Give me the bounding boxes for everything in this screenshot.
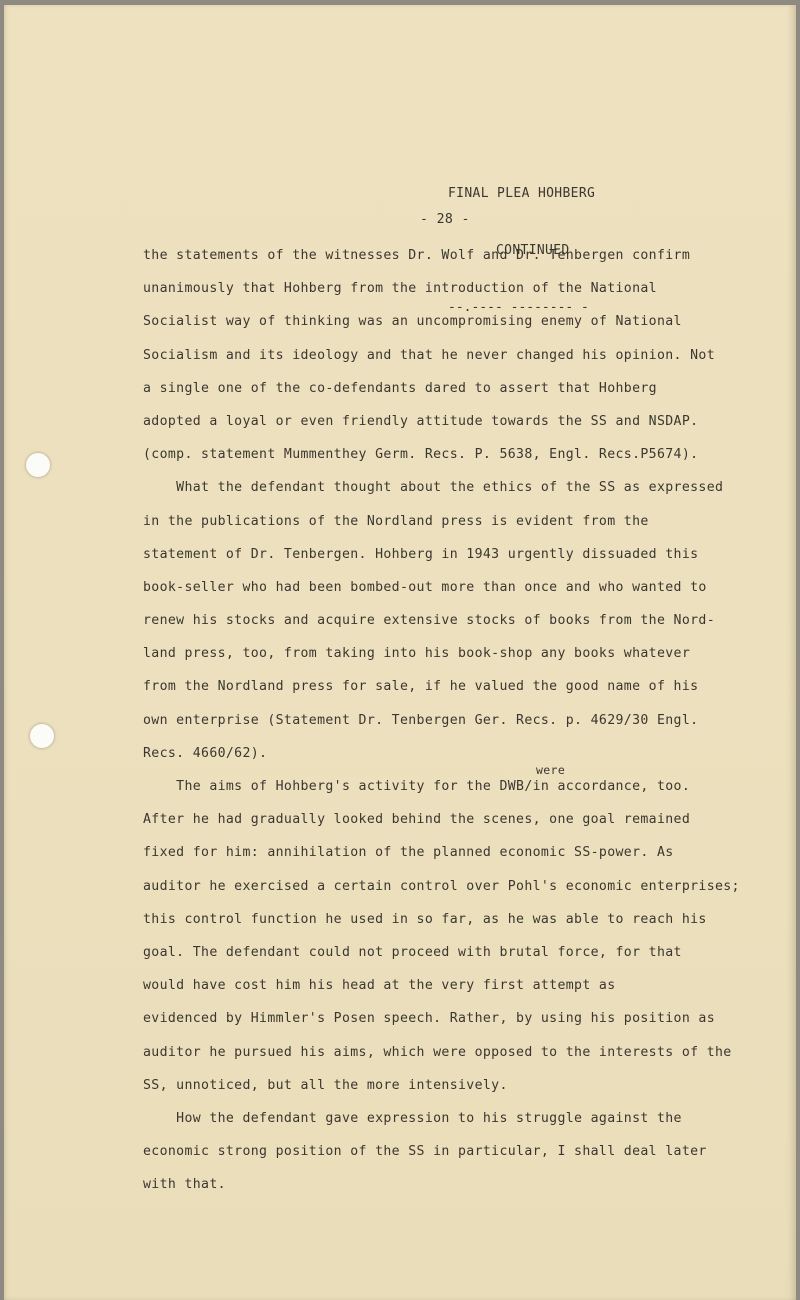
text-line: fixed for him: annihilation of the plann…: [143, 841, 740, 874]
text-line: in the publications of the Nordland pres…: [143, 510, 740, 543]
text-line: Socialist way of thinking was an uncompr…: [143, 310, 740, 343]
page-number: - 28 -: [420, 212, 470, 227]
punch-hole-bottom: [30, 724, 54, 748]
text-line: evidenced by Himmler's Posen speech. Rat…: [143, 1007, 740, 1040]
text-line: own enterprise (Statement Dr. Tenbergen …: [143, 709, 740, 742]
text-line: a single one of the co-defendants dared …: [143, 377, 740, 410]
text-line: book-seller who had been bombed-out more…: [143, 576, 740, 609]
text-line: this control function he used in so far,…: [143, 908, 740, 941]
text-line: What the defendant thought about the eth…: [143, 476, 740, 509]
text-line: After he had gradually looked behind the…: [143, 808, 740, 841]
punch-hole-top: [26, 453, 50, 477]
text-line: the statements of the witnesses Dr. Wolf…: [143, 244, 740, 277]
text-line: Socialism and its ideology and that he n…: [143, 344, 740, 377]
header-title: FINAL PLEA HOHBERG: [448, 184, 595, 203]
text-line: SS, unnoticed, but all the more intensiv…: [143, 1074, 740, 1107]
text-line: auditor he pursued his aims, which were …: [143, 1041, 740, 1074]
document-body: the statements of the witnesses Dr. Wolf…: [143, 244, 740, 1206]
text-line: from the Nordland press for sale, if he …: [143, 675, 740, 708]
text-line: unanimously that Hohberg from the introd…: [143, 277, 740, 310]
text-line: The aims of Hohberg's activity for the D…: [143, 775, 740, 808]
text-line: Recs. 4660/62).: [143, 742, 740, 775]
text-line: renew his stocks and acquire extensive s…: [143, 609, 740, 642]
text-line: land press, too, from taking into his bo…: [143, 642, 740, 675]
text-line: auditor he exercised a certain control o…: [143, 875, 740, 908]
text-line: adopted a loyal or even friendly attitud…: [143, 410, 740, 443]
text-line: goal. The defendant could not proceed wi…: [143, 941, 740, 974]
text-line: with that.: [143, 1173, 740, 1206]
text-line: would have cost him his head at the very…: [143, 974, 740, 1007]
text-line: economic strong position of the SS in pa…: [143, 1140, 740, 1173]
text-line: statement of Dr. Tenbergen. Hohberg in 1…: [143, 543, 740, 576]
text-line: (comp. statement Mummenthey Germ. Recs. …: [143, 443, 740, 476]
text-line: How the defendant gave expression to his…: [143, 1107, 740, 1140]
